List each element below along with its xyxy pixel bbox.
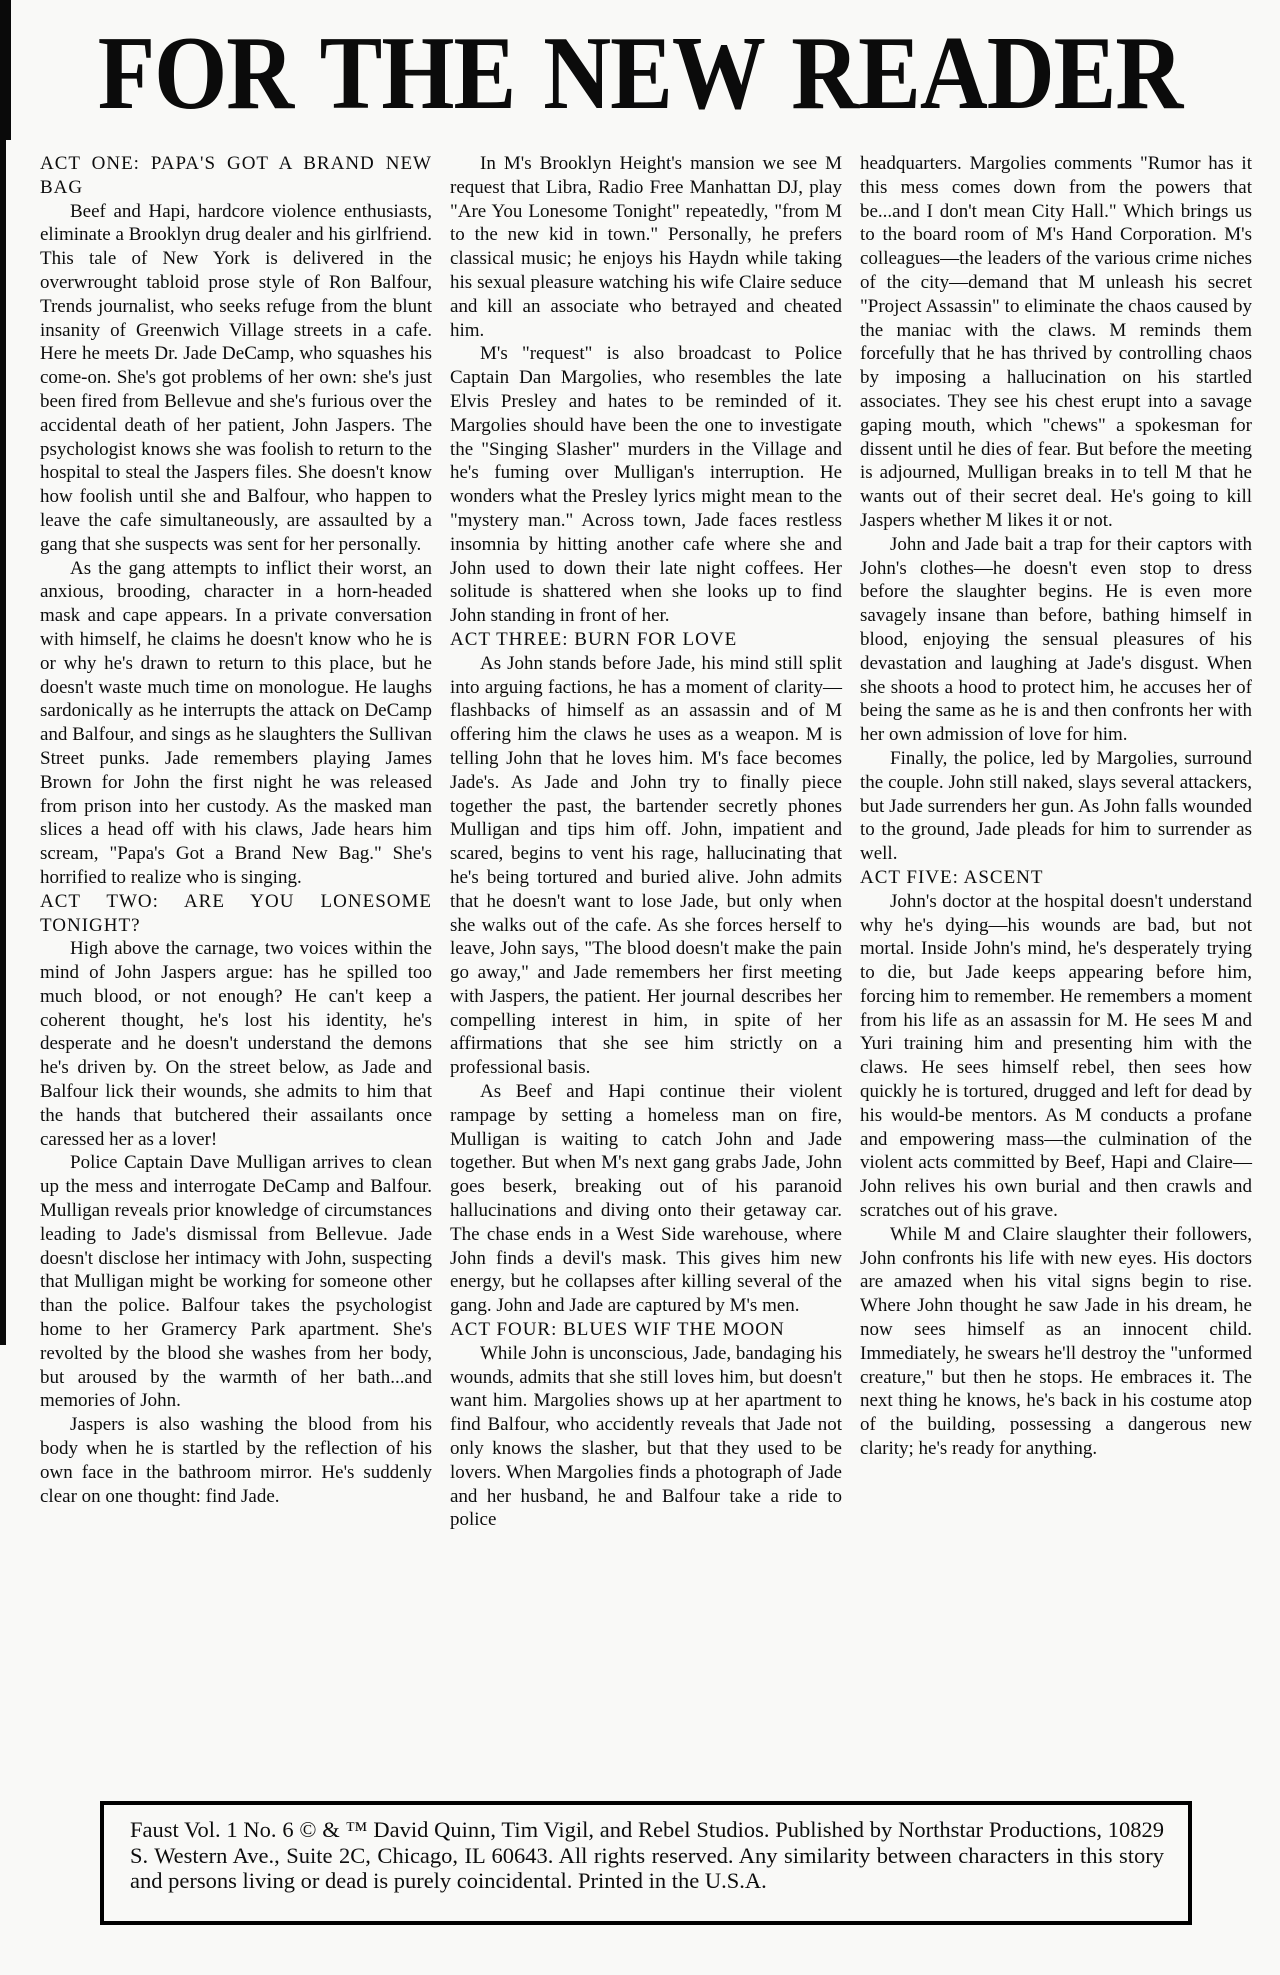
paragraph: In M's Brooklyn Height's mansion we see …	[450, 152, 842, 342]
paragraph-continued: headquarters. Margolies comments "Rumor …	[860, 152, 1252, 533]
column-3: headquarters. Margolies comments "Rumor …	[860, 152, 1252, 1532]
act-five-heading: ACT FIVE: ASCENT	[860, 866, 1252, 890]
column-2: In M's Brooklyn Height's mansion we see …	[450, 152, 842, 1532]
paragraph: Police Captain Dave Mulligan arrives to …	[40, 1151, 432, 1413]
paragraph: Finally, the police, led by Margolies, s…	[860, 747, 1252, 866]
indicia-text: Faust Vol. 1 No. 6 © & ™ David Quinn, Ti…	[130, 1817, 1164, 1894]
paragraph: M's "request" is also broadcast to Polic…	[450, 342, 842, 628]
paragraph: High above the carnage, two voices withi…	[40, 937, 432, 1151]
paragraph: John and Jade bait a trap for their capt…	[860, 533, 1252, 747]
indicia-box: Faust Vol. 1 No. 6 © & ™ David Quinn, Ti…	[100, 1801, 1192, 1925]
act-two-heading: ACT TWO: ARE YOU LONESOME TONIGHT?	[40, 890, 432, 938]
paragraph: Beef and Hapi, hardcore violence enthusi…	[40, 200, 432, 557]
comic-text-page: { "title": "FOR THE NEW READER", "theme"…	[0, 0, 1280, 1975]
paragraph: As John stands before Jade, his mind sti…	[450, 652, 842, 1080]
paragraph: While John is unconscious, Jade, bandagi…	[450, 1342, 842, 1532]
paragraph: Jaspers is also washing the blood from h…	[40, 1413, 432, 1508]
paragraph: As the gang attempts to inflict their wo…	[40, 557, 432, 890]
paragraph: John's doctor at the hospital doesn't un…	[860, 890, 1252, 1223]
paragraph: While M and Claire slaughter their follo…	[860, 1223, 1252, 1461]
column-1: ACT ONE: PAPA'S GOT A BRAND NEW BAG Beef…	[40, 152, 432, 1532]
act-three-heading: ACT THREE: BURN FOR LOVE	[450, 628, 842, 652]
act-four-heading: ACT FOUR: BLUES WIF THE MOON	[450, 1318, 842, 1342]
act-one-heading: ACT ONE: PAPA'S GOT A BRAND NEW BAG	[40, 152, 432, 200]
scan-edge-artifact	[0, 0, 6, 1345]
paragraph: As Beef and Hapi continue their violent …	[450, 1080, 842, 1318]
page-title: FOR THE NEW READER	[0, 16, 1280, 132]
article-columns: ACT ONE: PAPA'S GOT A BRAND NEW BAG Beef…	[40, 152, 1252, 1532]
